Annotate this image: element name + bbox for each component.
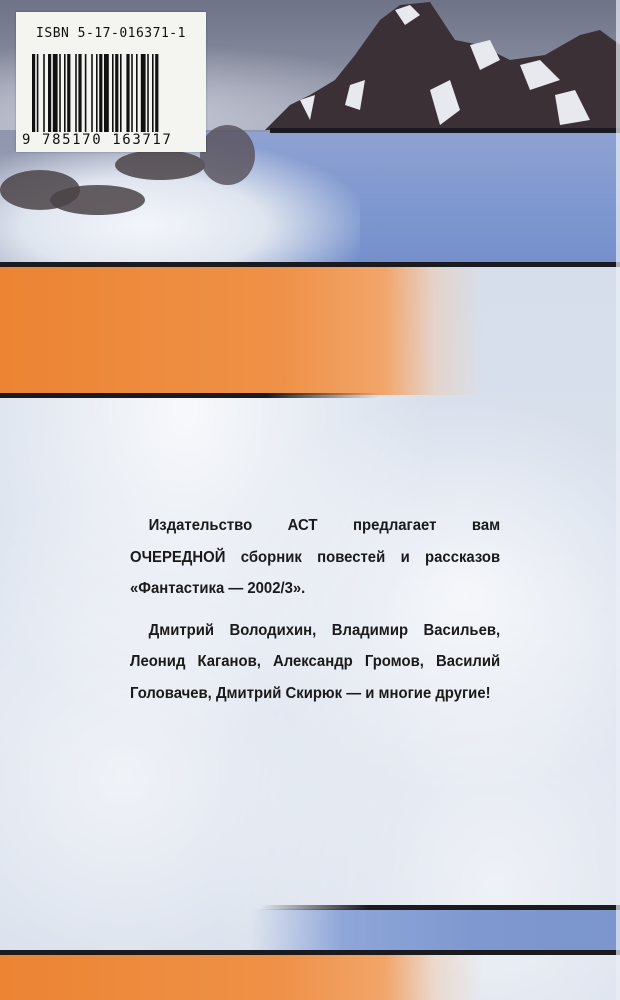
rock [200, 125, 255, 185]
cover-edge [616, 0, 620, 1000]
orange-band-top [0, 267, 620, 395]
blurb-paragraph-1: Издательство АСТ предлагает вам ОЧЕРЕДНО… [130, 510, 500, 605]
ean-number: 9 785170 163717 [22, 132, 202, 148]
orange-band-bottom [0, 955, 620, 1000]
rock [50, 185, 145, 215]
isbn-text: ISBN 5-17-016371-1 [16, 26, 206, 41]
divider-line [0, 393, 380, 398]
cover-blurb: Издательство АСТ предлагает вам ОЧЕРЕДНО… [130, 510, 500, 709]
barcode-label: ISBN 5-17-016371-1 9 785170 163717 [16, 12, 206, 152]
blue-band-bottom [250, 909, 620, 950]
divider-line [260, 905, 620, 910]
divider-line [270, 128, 620, 133]
divider-line [0, 262, 620, 267]
blurb-paragraph-2: Дмитрий Володихин, Владимир Васильев, Ле… [130, 615, 500, 710]
rock [115, 150, 205, 180]
